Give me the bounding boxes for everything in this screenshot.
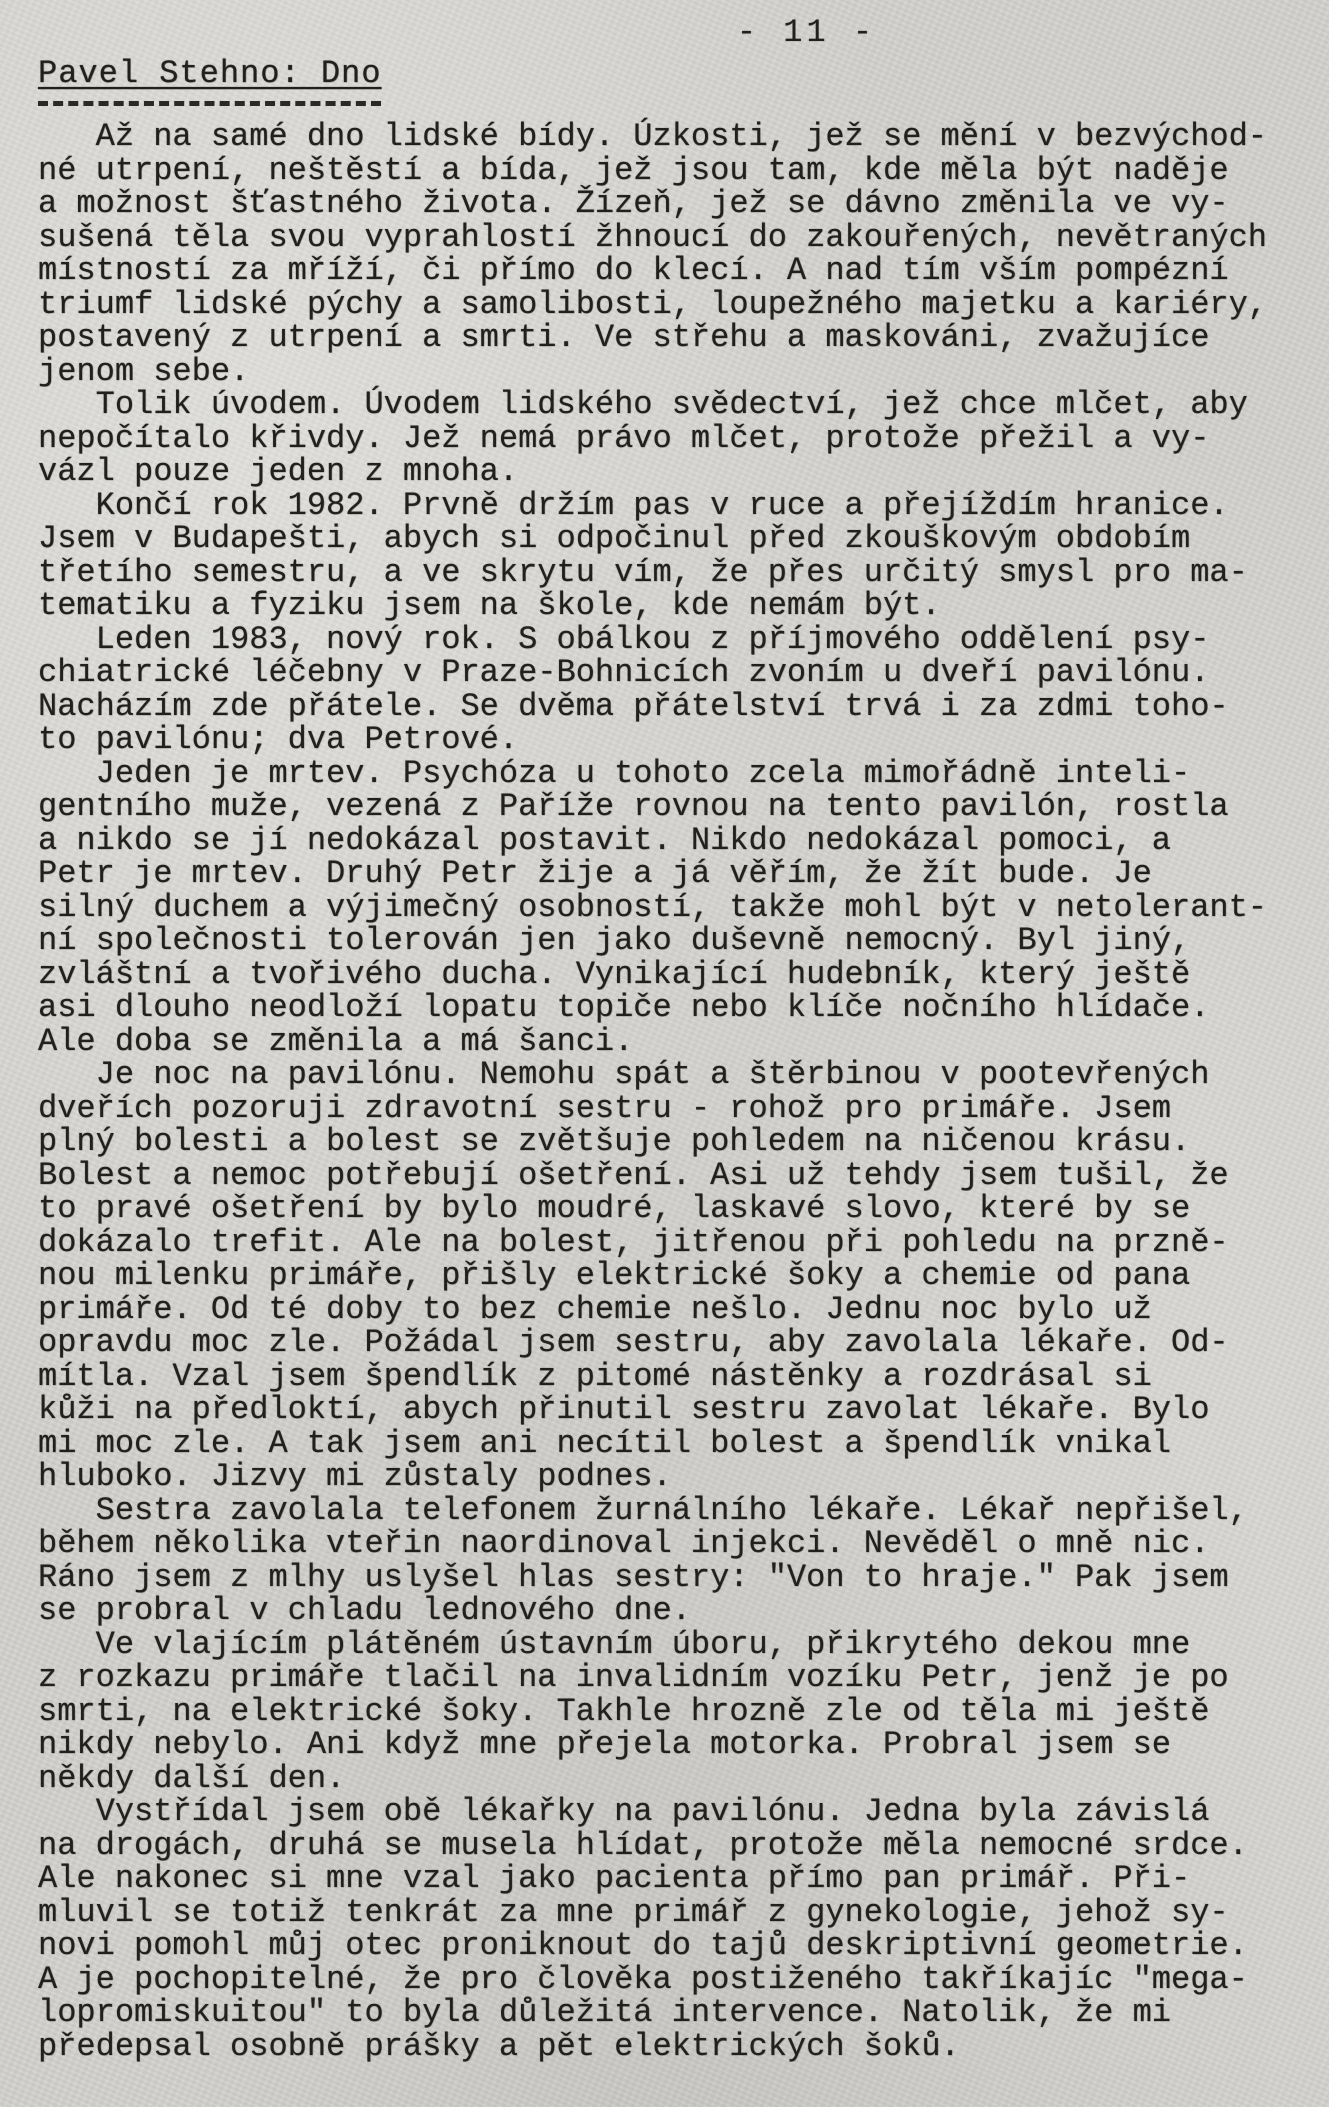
document-body: Až na samé dno lidské bídy. Úzkosti, jež…	[38, 120, 1311, 2063]
title-row: Pavel Stehno: Dno	[38, 50, 1311, 120]
paragraph: Končí rok 1982. Prvně držím pas v ruce a…	[38, 489, 1311, 623]
paragraph: Sestra zavolala telefonem žurnálního lék…	[38, 1494, 1311, 1628]
paragraph: Je noc na pavilónu. Nemohu spát a štěrbi…	[38, 1058, 1311, 1494]
paragraph: Až na samé dno lidské bídy. Úzkosti, jež…	[38, 120, 1311, 388]
scanned-page: - 11 - Pavel Stehno: Dno Až na samé dno …	[0, 0, 1329, 2107]
paragraph: Leden 1983, nový rok. S obálkou z příjmo…	[38, 623, 1311, 757]
page-number: - 11 -	[170, 16, 1329, 50]
paragraph: Ve vlajícím plátěném ústavním úboru, při…	[38, 1628, 1311, 1796]
paragraph: Tolik úvodem. Úvodem lidského svědectví,…	[38, 388, 1311, 489]
paragraph: Vystřídal jsem obě lékařky na pavilónu. …	[38, 1795, 1311, 2063]
page-title: Pavel Stehno: Dno	[38, 56, 381, 106]
paragraph: Jeden je mrtev. Psychóza u tohoto zcela …	[38, 757, 1311, 1059]
